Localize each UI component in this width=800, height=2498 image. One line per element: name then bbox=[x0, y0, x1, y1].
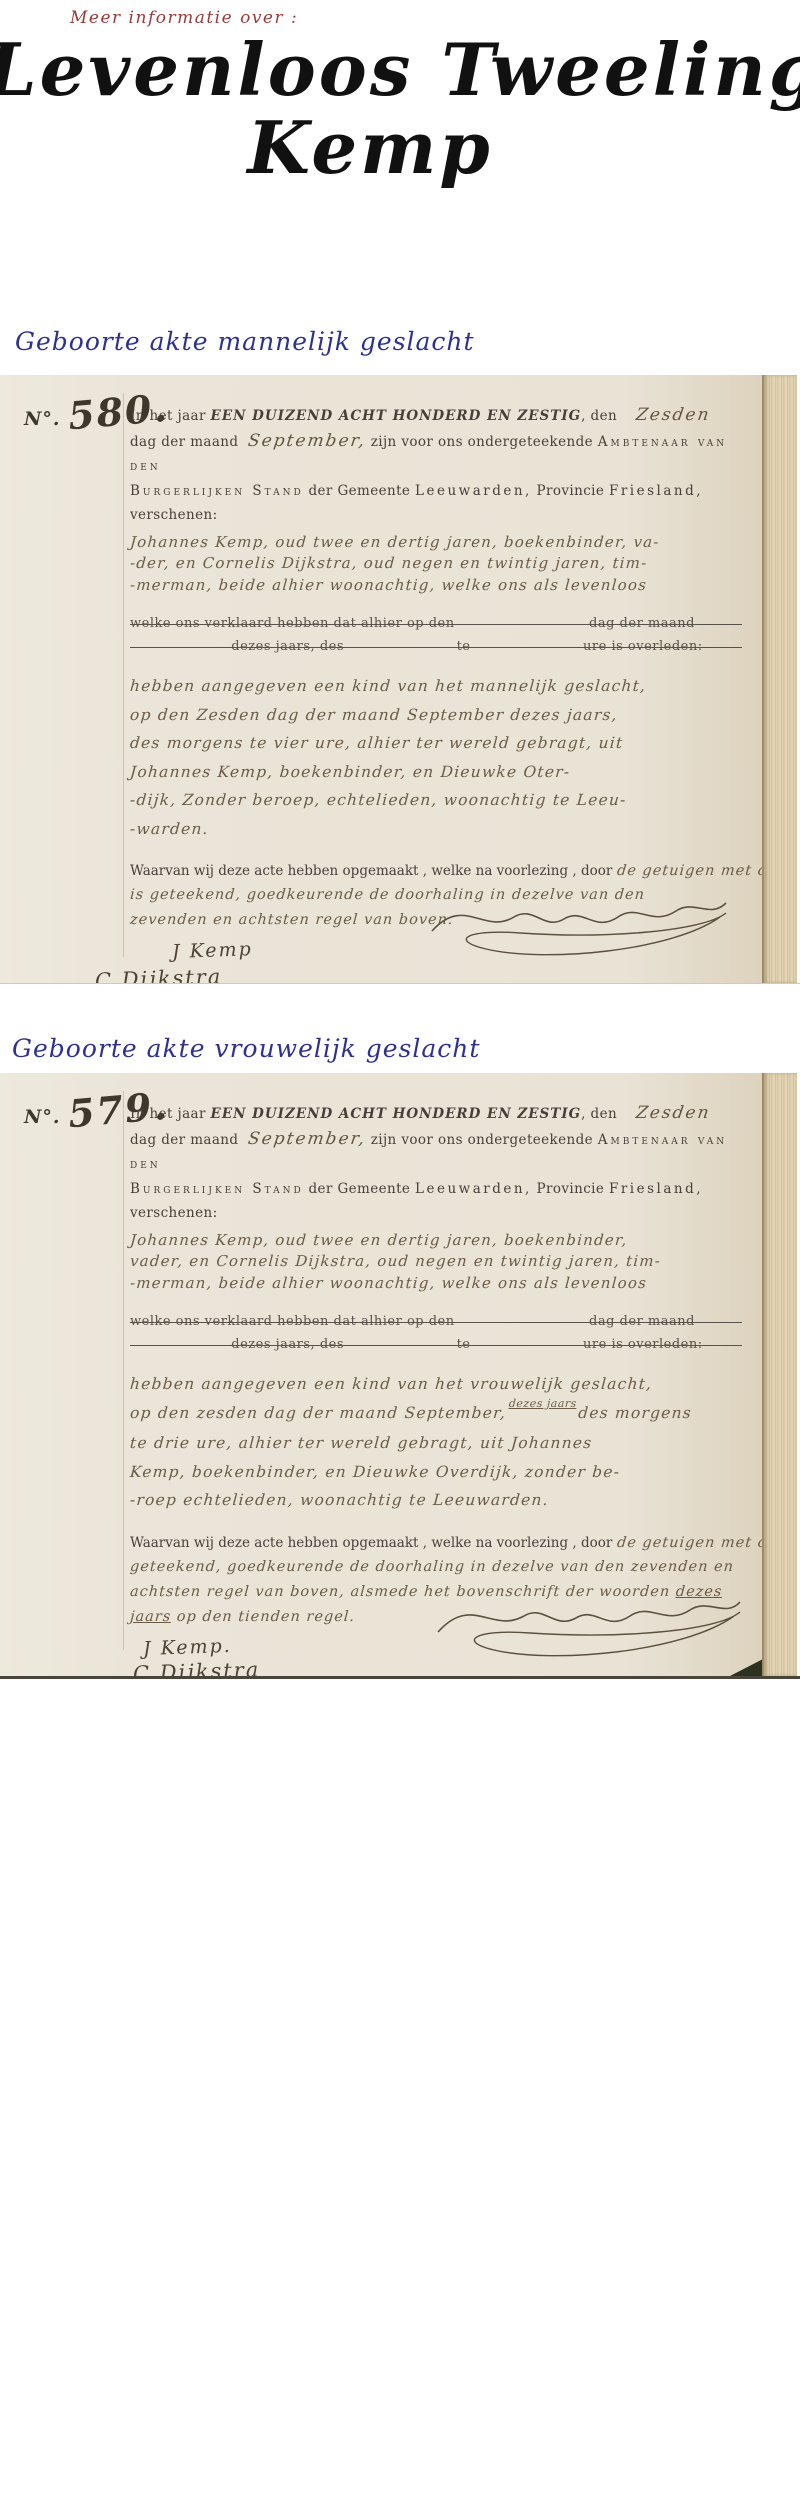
official-signature-flourish bbox=[428, 879, 728, 967]
handwritten-parents: Johannes Kemp, oud twee en dertig jaren,… bbox=[130, 1230, 742, 1295]
handwritten-declaration: hebben aangegeven een kind van het manne… bbox=[130, 672, 742, 843]
handwritten-month: September, bbox=[246, 1127, 368, 1152]
handwritten-line: -roep echtelieden, woonachtig te Leeuwar… bbox=[129, 1486, 743, 1515]
handwritten-day: Zesden bbox=[634, 403, 712, 428]
struck-line-2: dezes jaars, desteure is overleden: bbox=[130, 635, 742, 658]
act-number-label: N°. bbox=[24, 408, 60, 430]
act-number-label: N°. bbox=[24, 1106, 60, 1128]
handwritten-line: hebben aangegeven een kind van het manne… bbox=[129, 672, 743, 701]
handwritten-day: Zesden bbox=[634, 1101, 712, 1126]
printed-line-2: dag der maand September, zijn voor ons o… bbox=[130, 429, 742, 479]
official-signature-flourish bbox=[434, 1576, 744, 1668]
handwritten-line: -merman, beide alhier woonachtig, welke … bbox=[129, 575, 743, 597]
closing-printed: Waarvan wij deze acte hebben opgemaakt ,… bbox=[130, 1531, 742, 1555]
handwritten-line: -merman, beide alhier woonachtig, welke … bbox=[129, 1273, 743, 1295]
printed-line-3: Burgerlijken Stand der Gemeente Leeuward… bbox=[130, 479, 742, 528]
book-page-edge bbox=[762, 1073, 800, 1676]
handwritten-declaration: hebben aangegeven een kind van het vrouw… bbox=[130, 1370, 742, 1515]
handwritten-line: hebben aangegeven een kind van het vrouw… bbox=[129, 1370, 743, 1399]
printed-line-1: In het jaar EEN DUIZEND ACHT HONDERD EN … bbox=[130, 1101, 742, 1127]
printed-line-3: Burgerlijken Stand der Gemeente Leeuward… bbox=[130, 1177, 742, 1226]
handwritten-line: Johannes Kemp, boekenbinder, en Dieuwke … bbox=[129, 758, 743, 787]
handwritten-line: te drie ure, alhier ter wereld gebragt, … bbox=[129, 1429, 743, 1458]
handwritten-line: Johannes Kemp, oud twee en dertig jaren,… bbox=[129, 532, 743, 554]
handwritten-line: -warden. bbox=[129, 815, 743, 844]
handwritten-line: des morgens te vier ure, alhier ter were… bbox=[129, 729, 743, 758]
handwritten-line: op den zesden dag der maand September,de… bbox=[129, 1399, 743, 1430]
struck-form-lines: welke ons verklaard hebben dat alhier op… bbox=[130, 1310, 742, 1356]
page-title-line1: Levenloos Tweeling bbox=[0, 34, 786, 106]
handwritten-line: -der, en Cornelis Dijkstra, oud negen en… bbox=[129, 553, 743, 575]
inserted-words: dezes jaars bbox=[508, 1390, 578, 1419]
handwritten-line: -dijk, Zonder beroep, echtelieden, woona… bbox=[129, 786, 743, 815]
genealogy-page: Meer informatie over : Levenloos Tweelin… bbox=[0, 0, 800, 2498]
handwritten-line: Johannes Kemp, oud twee en dertig jaren,… bbox=[129, 1230, 743, 1252]
struck-line-2: dezes jaars, desteure is overleden: bbox=[130, 1333, 742, 1356]
struck-line-1: welke ons verklaard hebben dat alhier op… bbox=[130, 612, 742, 635]
handwritten-line: Kemp, boekenbinder, en Dieuwke Overdijk,… bbox=[129, 1458, 743, 1487]
page-title-line2: Kemp bbox=[0, 112, 770, 184]
handwritten-line: vader, en Cornelis Dijkstra, oud negen e… bbox=[129, 1251, 743, 1273]
book-page-edge bbox=[762, 375, 800, 983]
struck-line-1: welke ons verklaard hebben dat alhier op… bbox=[130, 1310, 742, 1333]
handwritten-month: September, bbox=[246, 429, 368, 454]
printed-line-1: In het jaar EEN DUIZEND ACHT HONDERD EN … bbox=[130, 403, 742, 429]
handwritten-line: op den Zesden dag der maand September de… bbox=[129, 701, 743, 730]
certificate-scan-580: N°. 580. In het jaar EEN DUIZEND ACHT HO… bbox=[0, 375, 800, 984]
printed-header: In het jaar EEN DUIZEND ACHT HONDERD EN … bbox=[130, 403, 742, 528]
printed-header: In het jaar EEN DUIZEND ACHT HONDERD EN … bbox=[130, 1101, 742, 1226]
pre-title: Meer informatie over : bbox=[70, 8, 298, 28]
handwritten-parents: Johannes Kemp, oud twee en dertig jaren,… bbox=[130, 532, 742, 597]
section-heading-male: Geboorte akte mannelijk geslacht bbox=[15, 327, 475, 356]
section-heading-female: Geboorte akte vrouwelijk geslacht bbox=[12, 1034, 480, 1063]
printed-line-2: dag der maand September, zijn voor ons o… bbox=[130, 1127, 742, 1177]
struck-form-lines: welke ons verklaard hebben dat alhier op… bbox=[130, 612, 742, 658]
certificate-scan-579: N°. 579. In het jaar EEN DUIZEND ACHT HO… bbox=[0, 1073, 800, 1679]
